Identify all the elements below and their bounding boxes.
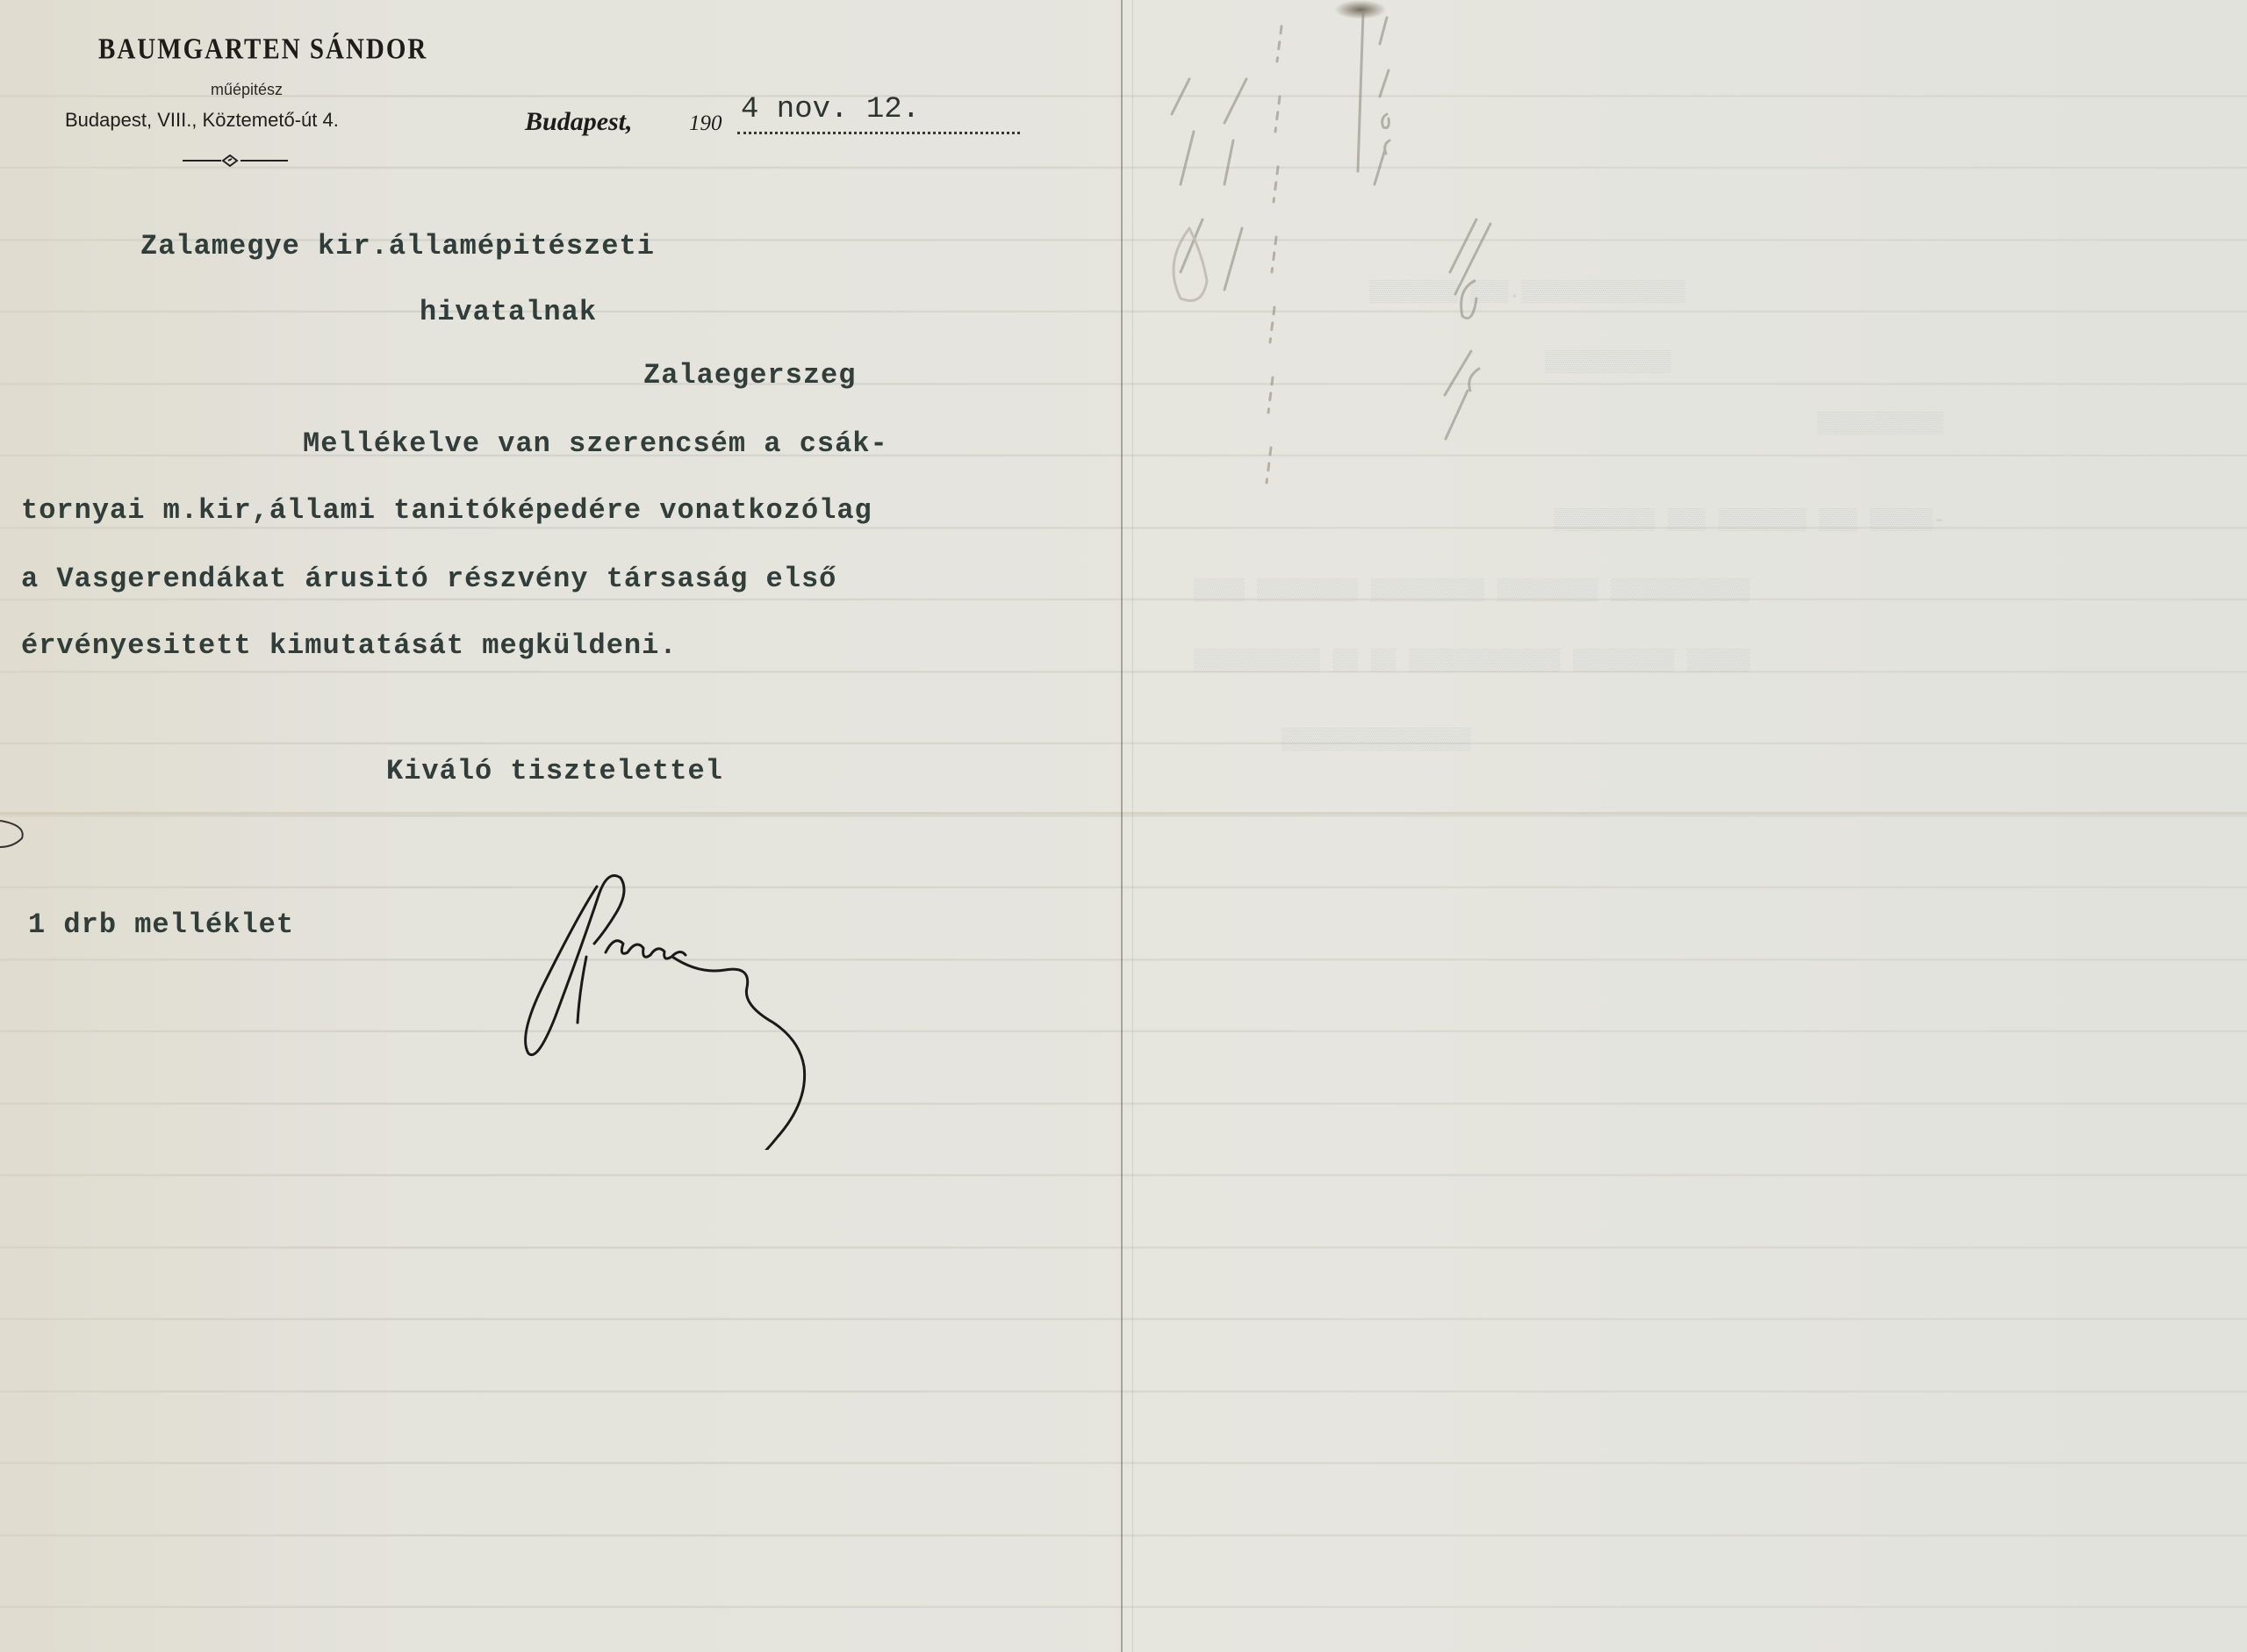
ornament-divider-icon [183, 154, 288, 167]
bleed-through-text: ▒▒▒▒▒▒▒▒▒▒ ▒▒ ▒▒ ▒▒▒▒▒▒▒▒▒▒▒▒ ▒▒▒▒▒▒▒▒ ▒… [1194, 650, 1750, 673]
horizontal-fold-line [0, 812, 2247, 815]
letterhead-address: Budapest, VIII., Köztemető-út 4. [65, 109, 339, 132]
bleed-through-text: ▒▒▒▒▒▒▒▒▒▒▒▒▒▒▒ [1281, 729, 1471, 752]
handwritten-signature-icon [474, 869, 1001, 1150]
addressee-line-3: Zalaegerszeg [643, 359, 856, 391]
vertical-fold-line [1121, 0, 1123, 1652]
body-line-1: Mellékelve van szerencsém a csák- [303, 427, 888, 460]
bleed-through-text: ▒▒▒▒ ▒▒▒▒▒▒▒▒ ▒▒▒▒▒▒▒▒▒ ▒▒▒▒▒▒▒▒ ▒▒▒▒▒▒▒… [1194, 579, 1750, 603]
body-line-3: a Vasgerendákat árusitó részvény társasá… [21, 563, 836, 595]
addressee-line-1: Zalamegye kir.államépitészeti [140, 230, 655, 262]
attachment-note: 1 drb melléklet [28, 909, 294, 941]
date-dotted-line [737, 132, 1020, 134]
date-typed: 4 nov. 12. [741, 93, 920, 126]
vertical-fold-shadow [1132, 0, 1133, 1652]
body-line-2: tornyai m.kir,állami tanitóképedére vona… [21, 494, 872, 527]
edge-ink-mark [0, 812, 35, 856]
letterhead-title: műépitész [211, 81, 283, 99]
date-year-prefix: 190 [689, 111, 722, 136]
addressee-line-2: hivatalnak [420, 296, 597, 328]
pencil-annotation-icon [1141, 0, 2247, 527]
closing: Kiváló tisztelettel [386, 755, 723, 787]
letterhead-name: BAUMGARTEN SÁNDOR [98, 33, 427, 67]
body-line-4: érvényesitett kimutatását megküldeni. [21, 629, 678, 662]
date-place: Budapest, [525, 107, 633, 137]
